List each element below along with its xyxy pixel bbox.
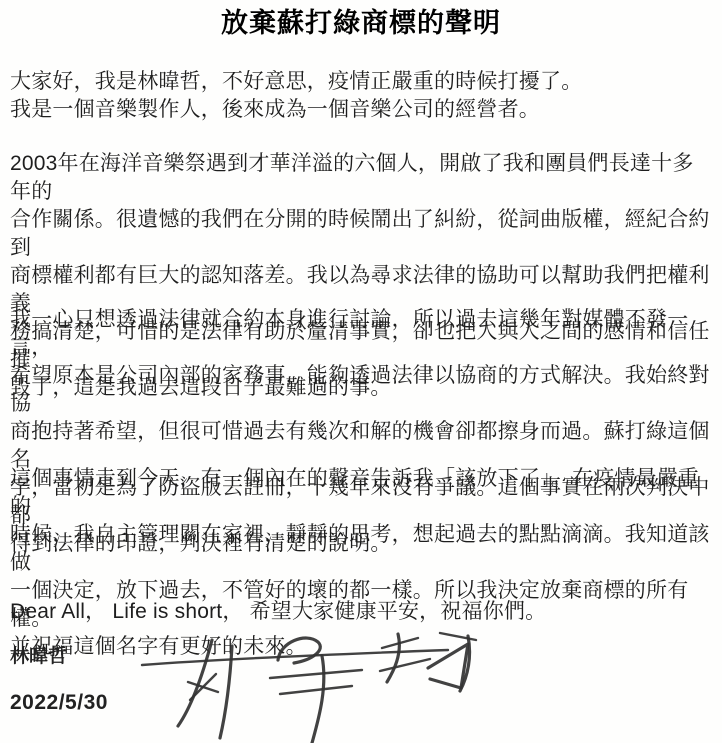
signature-svg bbox=[130, 626, 570, 743]
closing-line: Dear All， Life is short， 希望大家健康平安，祝福你們。 bbox=[10, 598, 714, 626]
statement-document: 放棄蘇打綠商標的聲明 大家好，我是林暐哲，不好意思，疫情正嚴重的時候打擾了。 我… bbox=[0, 0, 722, 743]
signature-date: 2022/5/30 bbox=[10, 691, 108, 715]
handwritten-signature-image bbox=[130, 626, 570, 743]
paragraph-greeting: 大家好，我是林暐哲，不好意思，疫情正嚴重的時候打擾了。 我是一個音樂製作人，後來… bbox=[10, 68, 714, 124]
signer-name: 林暐哲 bbox=[10, 645, 67, 669]
document-title: 放棄蘇打綠商標的聲明 bbox=[0, 6, 722, 40]
